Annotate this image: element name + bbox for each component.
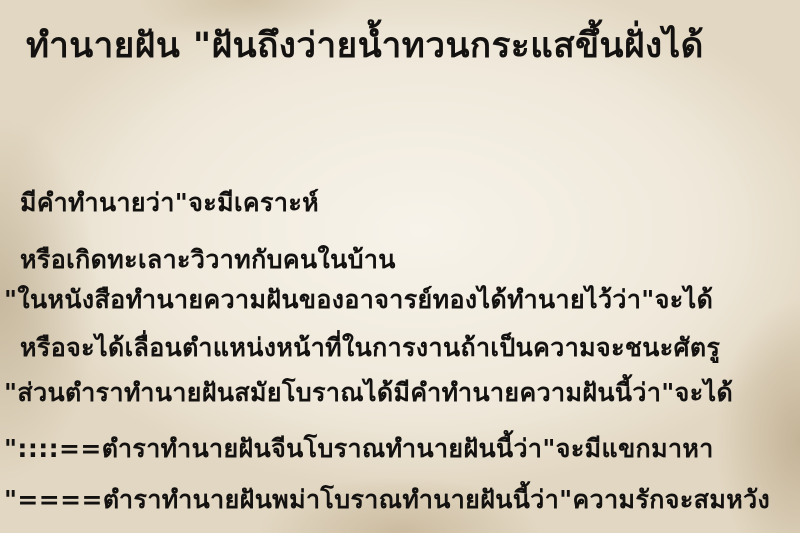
text-line-5: "ส่วนตำราทำนายฝันสมัยโบราณได้มีคำทำนายคว… — [4, 376, 733, 410]
text-line-2: หรือเกิดทะเลาะวิวาทกับคนในบ้าน — [20, 243, 396, 277]
text-line-7: "====ตำราทำนายฝันพม่าโบราณทำนายฝันนี้ว่า… — [4, 483, 770, 517]
text-line-1: มีคำทำนายว่า"จะมีเคราะห์ — [20, 186, 319, 220]
text-line-4: หรือจะได้เลื่อนตำแหน่งหน้าที่ในการงานถ้า… — [20, 331, 720, 365]
text-line-3: "ในหนังสือทำนายความฝันของอาจารย์ทองได้ทำ… — [4, 283, 713, 317]
page-title: ทำนายฝัน "ฝันถึงว่ายน้ำทวนกระแสขึ้นฝั่งไ… — [26, 16, 704, 76]
text-line-6: "::::==ตำราทำนายฝันจีนโบราณทำนายฝันนี้ว่… — [4, 432, 714, 466]
dream-interpretation-page: ทำนายฝัน "ฝันถึงว่ายน้ำทวนกระแสขึ้นฝั่งไ… — [0, 0, 800, 533]
